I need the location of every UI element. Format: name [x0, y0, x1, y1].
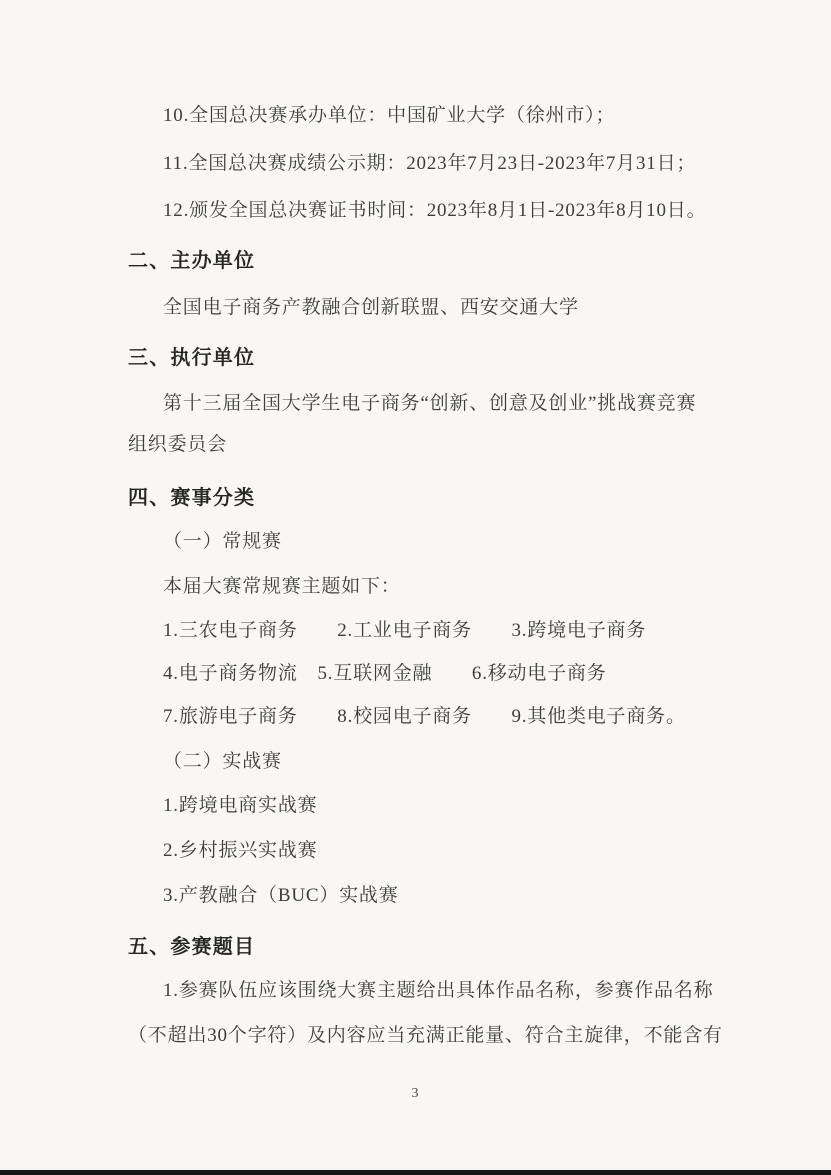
section-heading: 五、参赛题目 — [128, 934, 255, 960]
paragraph-line: （不超出30个字符）及内容应当充满正能量、符合主旋律，不能含有 — [128, 1024, 723, 1049]
paragraph-line: 组织委员会 — [128, 433, 227, 458]
paragraph-line: 1.参赛队伍应该围绕大赛主题给出具体作品名称，参赛作品名称 — [128, 979, 713, 1004]
section-heading: 三、执行单位 — [128, 345, 255, 371]
theme-list-row: 1.三农电子商务 2.工业电子商务 3.跨境电子商务 — [128, 619, 646, 644]
paragraph-line: （二）实战赛 — [128, 750, 282, 775]
list-item: 3.产教融合（BUC）实战赛 — [128, 884, 399, 909]
numbered-item: 10.全国总决赛承办单位：中国矿业大学（徐州市）； — [128, 104, 615, 129]
paragraph-line: 本届大赛常规赛主题如下： — [128, 575, 401, 600]
numbered-item: 11.全国总决赛成绩公示期：2023年7月23日-2023年7月31日； — [128, 152, 696, 177]
numbered-item: 12.颁发全国总决赛证书时间：2023年8月1日-2023年8月10日。 — [128, 199, 706, 224]
section-heading: 四、赛事分类 — [128, 485, 255, 511]
list-item: 2.乡村振兴实战赛 — [128, 839, 317, 864]
scan-edge-shadow — [0, 1170, 831, 1175]
page-number: 3 — [0, 1086, 831, 1102]
paragraph-line: 全国电子商务产教融合创新联盟、西安交通大学 — [128, 296, 579, 321]
theme-list-row: 4.电子商务物流 5.互联网金融 6.移动电子商务 — [128, 662, 607, 687]
paragraph-line: （一）常规赛 — [128, 530, 282, 555]
list-item: 1.跨境电商实战赛 — [128, 794, 317, 819]
theme-list-row: 7.旅游电子商务 8.校园电子商务 9.其他类电子商务。 — [128, 705, 686, 730]
document-page: 10.全国总决赛承办单位：中国矿业大学（徐州市）； 11.全国总决赛成绩公示期：… — [0, 0, 831, 1175]
paragraph-line: 第十三届全国大学生电子商务“创新、创意及创业”挑战赛竞赛 — [128, 392, 696, 417]
document-body: 10.全国总决赛承办单位：中国矿业大学（徐州市）； 11.全国总决赛成绩公示期：… — [0, 0, 831, 1175]
section-heading: 二、主办单位 — [128, 248, 255, 274]
